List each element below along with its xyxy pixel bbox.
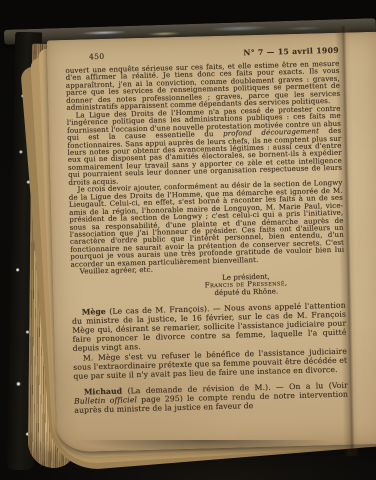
book-photo: 450 N° 7 — 15 avril 1909 ouvert une enqu… <box>0 0 376 480</box>
signature-block: Le président, Francis de Pressensé, dépu… <box>171 271 322 298</box>
page-number: 450 <box>65 52 105 62</box>
paragraph: Je crois devoir ajouter, conformément au… <box>68 179 344 268</box>
issue-date-header: N° 7 — 15 avril 1909 <box>243 46 339 58</box>
letter-body: ouvert une enquête sérieuse sur ces fait… <box>65 60 344 276</box>
entry-mege: Mège (Le cas de M. François). — Nous avo… <box>72 301 348 381</box>
page-content: 450 N° 7 — 15 avril 1909 ouvert une enqu… <box>65 46 348 415</box>
entry-paragraph: Mège (Le cas de M. François). — Nous avo… <box>72 301 347 353</box>
entry-paragraph: M. Mège s'est vu refuser le bénéfice de … <box>73 347 348 381</box>
paragraph: La Ligue des Droits de l'Homme n'a pas c… <box>67 104 343 186</box>
entry-text: (Le cas de M. François). — Nous avons ap… <box>72 301 347 353</box>
book-page: 450 N° 7 — 15 avril 1909 ouvert une enqu… <box>47 32 376 453</box>
entry-paragraph: Michaud (La demande de révision de M.). … <box>74 381 349 415</box>
entry-michaud: Michaud (La demande de révision de M.). … <box>74 381 349 415</box>
